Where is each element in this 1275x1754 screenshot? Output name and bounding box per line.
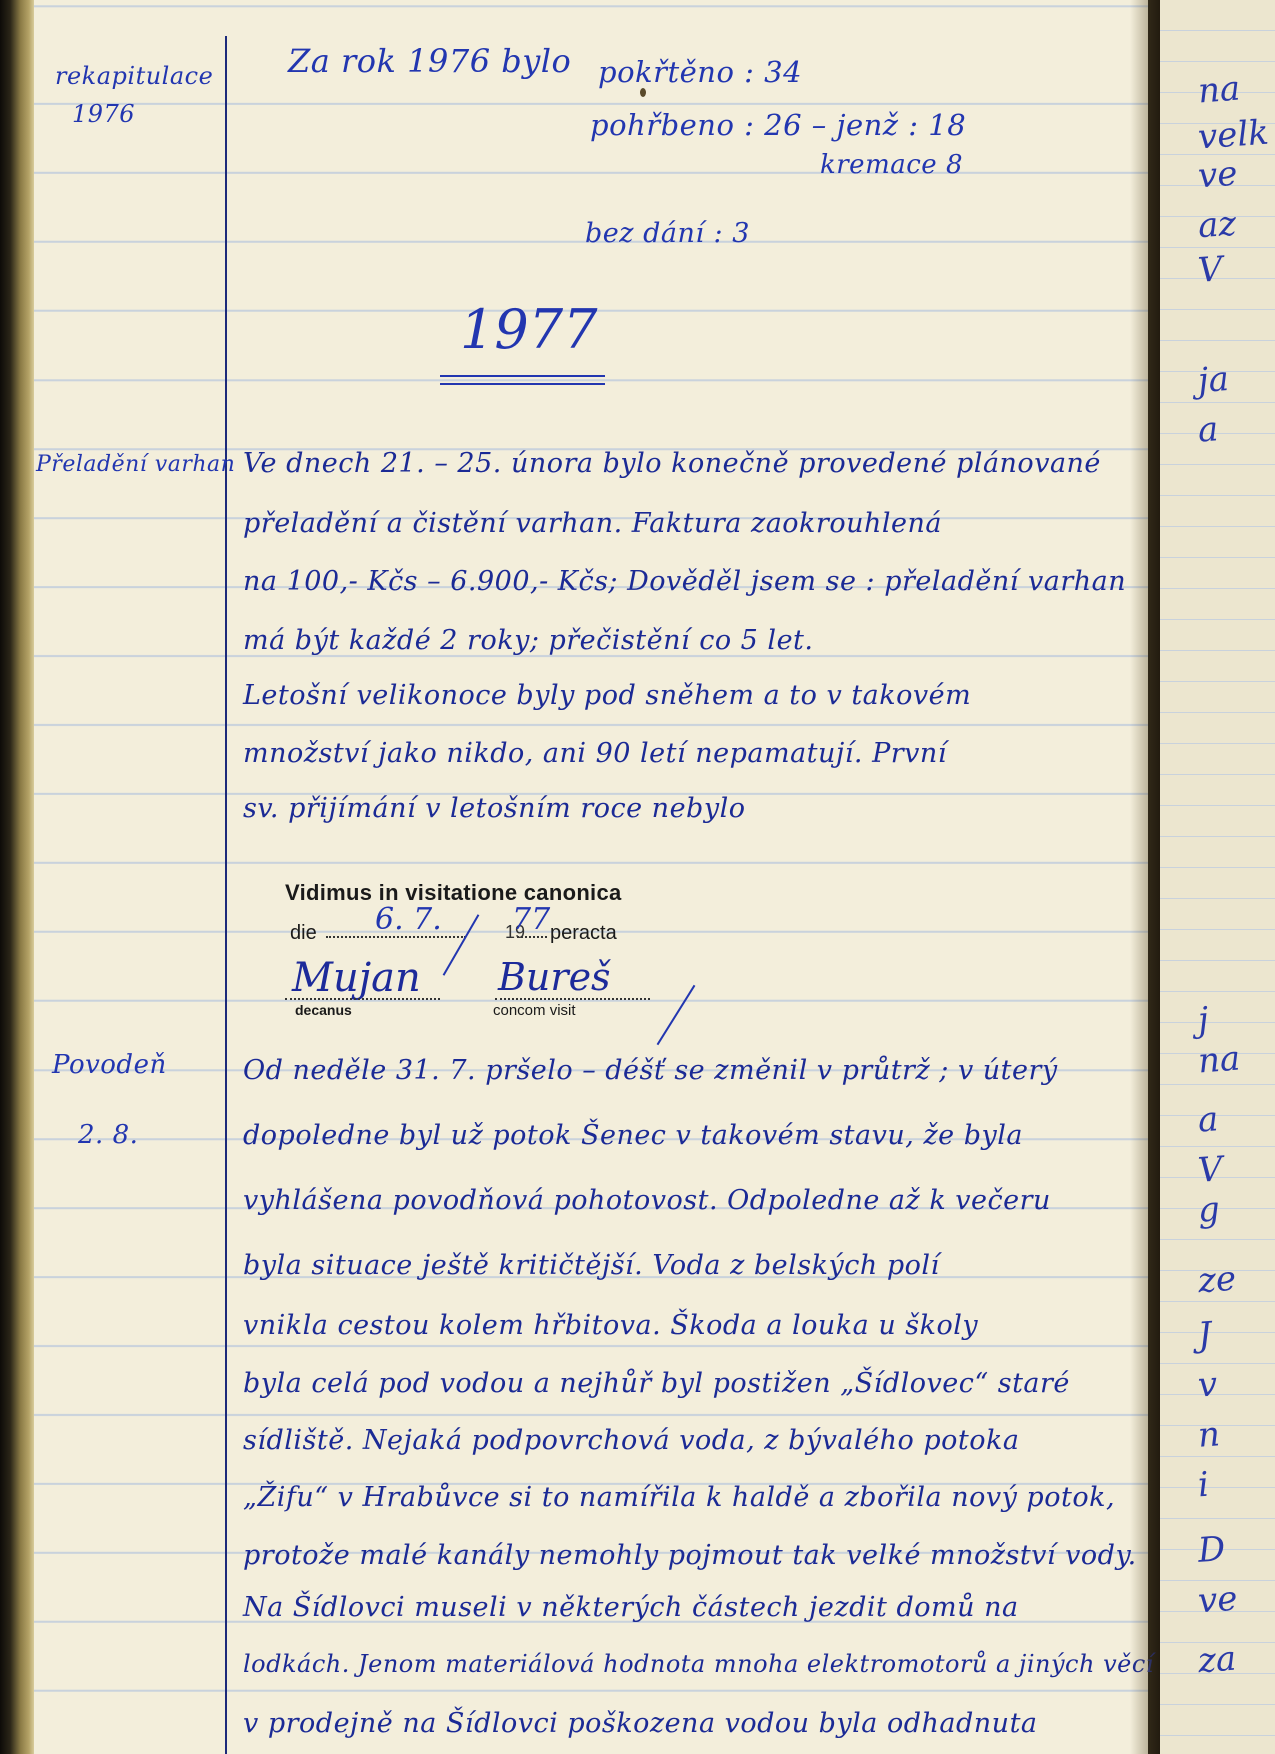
organ-line-5: Letošní velikonoce byly pod sněhem a to … (243, 680, 971, 711)
flood-line-2: dopoledne byl už potok Šenec v takovém s… (243, 1120, 1023, 1151)
flood-line-9: protože malé kanály nemohly pojmout tak … (243, 1540, 1137, 1571)
flood-line-5: vnikla cestou kolem hřbitova. Škoda a lo… (243, 1310, 978, 1341)
canonical-visitation-stamp: Vidimus in visitatione canonica die 6. 7… (280, 880, 720, 1020)
recap-without-sacraments: bez dání : 3 (585, 218, 750, 249)
organ-line-4: má být každé 2 roky; přečistění co 5 let… (243, 625, 813, 656)
adjacent-fragment: J (1197, 1315, 1213, 1356)
book-binding-edge (0, 0, 34, 1754)
paper-speck (640, 88, 646, 97)
year-underline-1 (440, 375, 605, 377)
flood-line-12: v prodejně na Šídlovci poškozena vodou b… (243, 1708, 1038, 1739)
margin-note-flood: Povodeň (52, 1050, 167, 1080)
margin-note-organ-tuning: Přeladění varhan (36, 452, 235, 477)
signature-line-visitor (495, 998, 650, 1000)
recap-baptized: pokřtěno : 34 (598, 55, 802, 89)
adjacent-fragment: velk (1197, 113, 1270, 158)
adjacent-fragment: v (1197, 1364, 1219, 1405)
adjacent-page-edge: na velk ve az V ja a j na a V g ze J v n… (1160, 0, 1275, 1754)
adjacent-fragment: za (1197, 1639, 1238, 1682)
year-heading-1977: 1977 (460, 298, 597, 361)
stamp-concom-label: concom visit (493, 1002, 576, 1019)
organ-line-6: množství jako nikdo, ani 90 letí nepamat… (243, 738, 947, 769)
stamp-date-handwritten: 6. 7. (375, 902, 442, 937)
recap-intro-line: Za rok 1976 bylo (288, 42, 571, 80)
adjacent-fragment: ve (1197, 1579, 1239, 1622)
flood-line-4: byla situace ještě kritičtější. Voda z b… (243, 1250, 940, 1281)
stamp-die-label: die (290, 922, 317, 945)
signature-line-decanus (285, 998, 440, 1000)
margin-note-year-1976: 1976 (72, 100, 135, 128)
flood-line-6: byla celá pod vodou a nejhůř byl postiže… (243, 1368, 1070, 1399)
adjacent-fragment: n (1197, 1414, 1222, 1455)
stamp-decanus-label: decanus (295, 1002, 352, 1018)
year-underline-2 (440, 383, 605, 385)
recap-cremation: kremace 8 (820, 150, 963, 180)
flood-line-8: „Žifu“ v Hrabůvce si to namířila k haldě… (243, 1482, 1115, 1513)
stamp-peracta-label: peracta (550, 922, 617, 945)
adjacent-fragment: i (1197, 1465, 1211, 1506)
stamp-title: Vidimus in visitatione canonica (285, 880, 622, 906)
organ-line-3: na 100,- Kčs – 6.900,- Kčs; Dověděl jsem… (243, 566, 1126, 597)
adjacent-fragment: az (1197, 204, 1238, 247)
flood-line-10: Na Šídlovci museli v některých částech j… (243, 1592, 1019, 1623)
margin-note-rekapitulace: rekapitulace (55, 62, 213, 90)
adjacent-fragment: na (1197, 69, 1242, 112)
recap-buried: pohřbeno : 26 – jenž : 18 (590, 108, 966, 142)
flood-line-11: lodkách. Jenom materiálová hodnota mnoha… (243, 1650, 1154, 1678)
stamp-pen-stroke (443, 914, 480, 976)
page-gutter-shadow (1130, 0, 1160, 1754)
adjacent-fragment: na (1197, 1039, 1242, 1082)
adjacent-fragment: a (1197, 409, 1220, 450)
adjacent-fragment: a (1197, 1099, 1220, 1140)
adjacent-fragment: g (1197, 1189, 1222, 1230)
margin-note-flood-date: 2. 8. (78, 1120, 138, 1150)
adjacent-fragment: ja (1197, 359, 1231, 401)
stamp-year-handwritten: 77 (512, 902, 550, 937)
adjacent-fragment: ze (1197, 1259, 1238, 1302)
flood-line-3: vyhlášena povodňová pohotovost. Odpoledn… (243, 1185, 1051, 1216)
organ-line-7: sv. přijímání v letošním roce nebylo (243, 793, 745, 824)
organ-line-2: přeladění a čistění varhan. Faktura zaok… (243, 508, 942, 539)
adjacent-fragment: ve (1197, 154, 1239, 197)
margin-rule-line (225, 36, 227, 1754)
signature-decanus: Mujan (292, 955, 421, 1001)
adjacent-fragment: V (1197, 1149, 1224, 1191)
signature-visitor: Bureš (498, 955, 611, 999)
adjacent-fragment: D (1197, 1529, 1227, 1571)
flood-line-1: Od neděle 31. 7. pršelo – déšť se změnil… (243, 1055, 1058, 1086)
adjacent-fragment: j (1197, 1000, 1210, 1041)
flood-line-7: sídliště. Nejaká podpovrchová voda, z bý… (243, 1425, 1019, 1456)
organ-line-1: Ve dnech 21. – 25. února bylo konečně pr… (243, 448, 1101, 479)
adjacent-fragment: V (1197, 249, 1224, 291)
